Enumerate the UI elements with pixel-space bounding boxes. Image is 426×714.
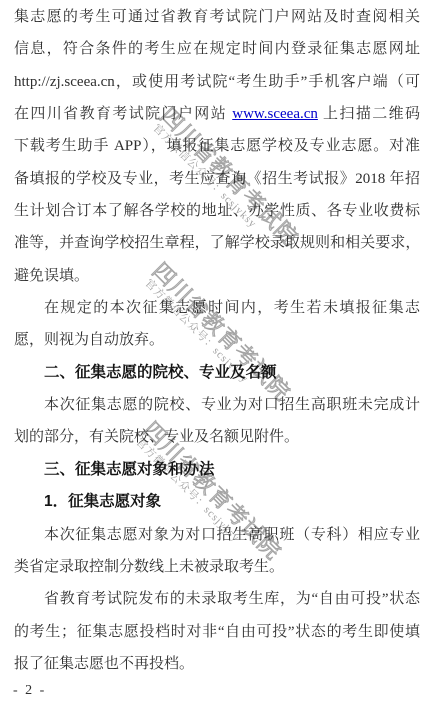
paragraph-end-line: 类省定录取控制分数线上未被录取考生。: [14, 551, 420, 583]
text-line: 下载考生助手 APP），填报征集志愿学校及专业志愿。对准: [14, 130, 420, 162]
document-page: { "document": { "colors": { "background"…: [0, 0, 426, 714]
paragraph-end-line: 划的部分，有关院校、专业及名额见附件。: [14, 421, 420, 453]
page-number: - 2 -: [13, 683, 46, 699]
text-line: 本次征集志愿的院校、专业为对口招生高职班未完成计: [14, 389, 420, 421]
heading-section-3: 三、征集志愿对象和办法: [14, 454, 420, 486]
text-segment: 在四川省教育考试院门户网站: [14, 106, 232, 122]
heading-section-2: 二、征集志愿的院校、专业及名额: [14, 357, 420, 389]
text-line: 集志愿的考生可通过省教育考试院门户网站及时查阅相关: [14, 1, 420, 33]
text-line-with-url: http://zj.sceea.cn，或使用考试院“考生助手”手机客户端（可: [14, 66, 420, 98]
text-line: 生计划合订本了解各学校的地址、办学性质、各专业收费标: [14, 195, 420, 227]
text-line: 备填报的学校及专业，考生应查询《招生考试报》2018 年招: [14, 163, 420, 195]
heading-subsection-1: 1．征集志愿对象: [14, 486, 420, 518]
document-body: 集志愿的考生可通过省教育考试院门户网站及时查阅相关 信息，符合条件的考生应在规定…: [14, 1, 420, 680]
text-line: 本次征集志愿对象为对口招生高职班（专科）相应专业: [14, 519, 420, 551]
sceea-portal-link[interactable]: www.sceea.cn: [232, 106, 318, 122]
text-segment: 上扫描二维码: [318, 106, 420, 122]
text-line: 省教育考试院发布的未录取考生库，为“自由可投”状态: [14, 583, 420, 615]
text-line-with-link: 在四川省教育考试院门户网站 www.sceea.cn 上扫描二维码: [14, 98, 420, 130]
text-line: 在规定的本次征集志愿时间内，考生若未填报征集志: [14, 292, 420, 324]
text-line: 信息，符合条件的考生应在规定时间内登录征集志愿网址: [14, 33, 420, 65]
paragraph-end-line: 避免误填。: [14, 260, 420, 292]
text-line: 准等，并查询学校招生章程，了解学校录取规则和相关要求，: [14, 227, 420, 259]
paragraph-end-line: 愿，则视为自动放弃。: [14, 324, 420, 356]
paragraph-end-line: 报了征集志愿也不再投档。: [14, 648, 420, 680]
text-line: 的考生；征集志愿投档时对非“自由可投”状态的考生即使填: [14, 616, 420, 648]
